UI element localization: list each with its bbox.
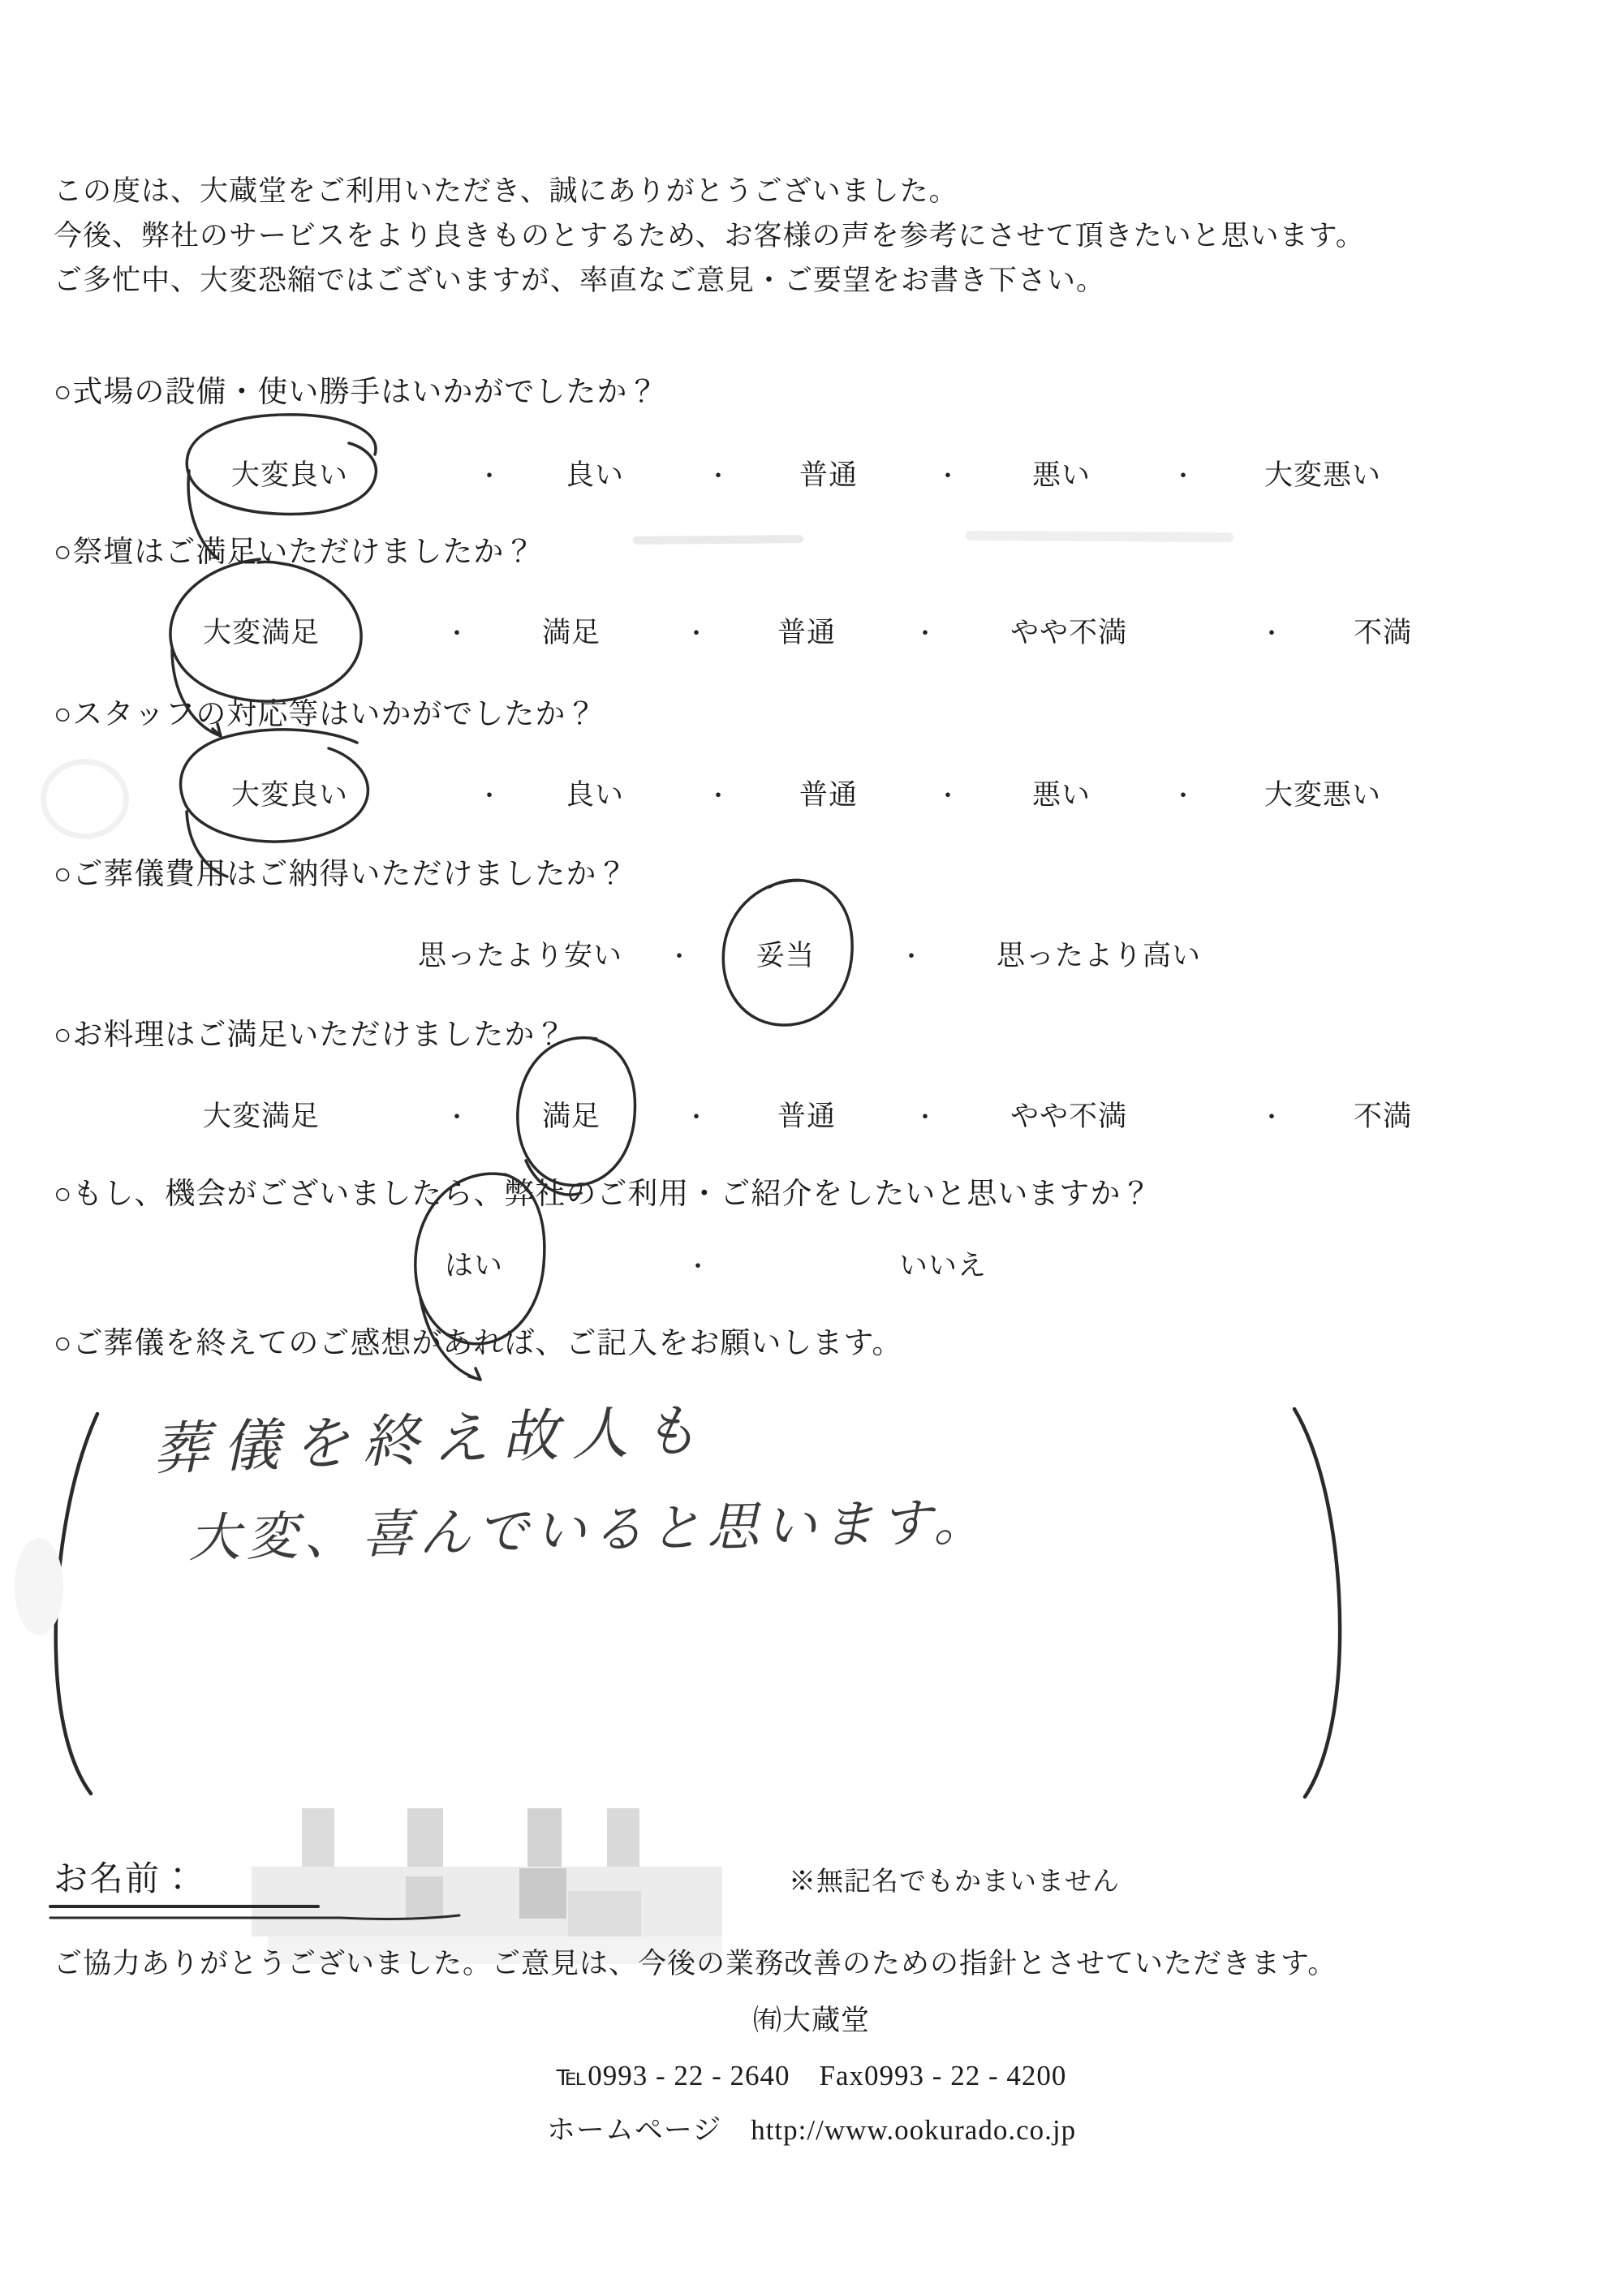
option-separator-dot: ・ (899, 937, 923, 972)
footer-company-name: ㈲大蔵堂 (0, 1998, 1623, 2039)
question-3-label: ○スタッフの対応等はいかがでしたか？ (54, 689, 596, 733)
q3-option-4: 悪い (1032, 773, 1091, 813)
scan-smudge (966, 531, 1233, 542)
footer-homepage-url: ホームページ http://www.ookurado.co.jp (0, 2108, 1623, 2148)
q4-option-3: 思ったより高い (997, 933, 1201, 974)
q1-option-1: 大変良い (231, 453, 348, 493)
question-1-label: ○式場の設備・使い勝手はいかがでしたか？ (54, 367, 658, 411)
name-field-note: ※無記名でもかまいません (789, 1860, 1120, 1898)
q5-option-2: 満足 (542, 1094, 601, 1135)
option-separator-dot: ・ (477, 776, 502, 812)
q3-option-1: 大変良い (231, 773, 348, 813)
option-separator-dot: ・ (686, 1247, 710, 1282)
q6-option-2: いいえ (899, 1243, 987, 1284)
q5-option-4: やや不満 (1010, 1094, 1127, 1135)
handwritten-comment-line-2: 大変、喜んでいると思います。 (187, 1480, 992, 1572)
scan-smudge (633, 535, 803, 545)
q1-option-4: 悪い (1032, 453, 1091, 493)
option-separator-dot: ・ (667, 937, 691, 972)
option-separator-dot: ・ (913, 1097, 937, 1133)
option-separator-dot: ・ (445, 1097, 469, 1133)
q2-option-5: 不満 (1354, 610, 1412, 651)
question-5-label: ○お料理はご満足いただけましたか？ (54, 1010, 566, 1053)
question-5-options: 大変満足 ・ 満足 ・ 普通 ・ やや不満 ・ 不満 (0, 1094, 1623, 1143)
q2-option-4: やや不満 (1010, 610, 1127, 651)
question-4-label: ○ご葬儀費用はご納得いただけましたか？ (54, 849, 627, 893)
question-3-options: 大変良い ・ 良い ・ 普通 ・ 悪い ・ 大変悪い (0, 773, 1623, 821)
option-separator-dot: ・ (913, 614, 937, 649)
intro-line-3: ご多忙中、大変恐縮ではございますが、率直なご意見・ご要望をお書き下さい。 (54, 258, 1105, 299)
q3-option-2: 良い (566, 773, 624, 813)
option-separator-dot: ・ (706, 776, 730, 812)
question-1-options: 大変良い ・ 良い ・ 普通 ・ 悪い ・ 大変悪い (0, 453, 1623, 502)
q1-option-5: 大変悪い (1264, 453, 1381, 493)
q1-option-3: 普通 (799, 453, 858, 493)
option-separator-dot: ・ (936, 776, 960, 812)
q6-option-1: はい (445, 1243, 503, 1284)
scan-smudge (15, 1538, 63, 1635)
q4-option-2: 妥当 (756, 933, 815, 974)
question-6-options: はい ・ いいえ (0, 1243, 1623, 1292)
q1-option-2: 良い (566, 453, 624, 493)
q5-option-5: 不満 (1354, 1094, 1412, 1135)
q2-option-1: 大変満足 (203, 610, 320, 651)
q2-option-3: 普通 (777, 610, 836, 651)
q4-option-1: 思ったより安い (418, 933, 622, 974)
option-separator-dot: ・ (1171, 776, 1195, 812)
question-2-label: ○祭壇はご満足いただけましたか？ (54, 527, 535, 571)
intro-line-1: この度は、大蔵堂をご利用いただき、誠にありがとうございました。 (54, 169, 958, 209)
q5-option-1: 大変満足 (203, 1094, 320, 1135)
option-separator-dot: ・ (445, 614, 469, 649)
q3-option-3: 普通 (799, 773, 858, 813)
question-4-options: 思ったより安い ・ 妥当 ・ 思ったより高い (0, 933, 1623, 982)
survey-form-scan: この度は、大蔵堂をご利用いただき、誠にありがとうございました。 今後、弊社のサー… (0, 0, 1623, 2296)
intro-line-2: 今後、弊社のサービスをより良きものとするため、お客様の声を参考にさせて頂きたいと… (54, 213, 1365, 254)
option-separator-dot: ・ (936, 456, 960, 492)
option-separator-dot: ・ (684, 614, 708, 649)
comment-bracket-left (56, 1414, 97, 1794)
option-separator-dot: ・ (1259, 614, 1284, 649)
question-2-options: 大変満足 ・ 満足 ・ 普通 ・ やや不満 ・ 不満 (0, 610, 1623, 659)
option-separator-dot: ・ (1171, 456, 1195, 492)
q3-option-5: 大変悪い (1264, 773, 1381, 813)
handwritten-comment-line-1: 葬儀を終え故人も (151, 1385, 712, 1486)
option-separator-dot: ・ (477, 456, 502, 492)
question-7-label: ○ご葬儀を終えてのご感想があれば、ご記入をお願いします。 (54, 1318, 902, 1362)
q5-option-3: 普通 (777, 1094, 836, 1135)
option-separator-dot: ・ (684, 1097, 708, 1133)
footer-thanks-line: ご協力ありがとうございました。ご意見は、今後の業務改善のための指針とさせていただ… (54, 1941, 1337, 1982)
option-separator-dot: ・ (706, 456, 730, 492)
q2-option-2: 満足 (542, 610, 601, 651)
footer-tel-fax: ℡0993 - 22 - 2640 Fax0993 - 22 - 4200 (0, 2053, 1623, 2094)
comment-bracket-right (1294, 1409, 1340, 1797)
question-6-label: ○もし、機会がございましたら、弊社のご利用・ご紹介をしたいと思いますか？ (54, 1169, 1152, 1213)
option-separator-dot: ・ (1259, 1097, 1284, 1133)
name-field-label: お名前： (54, 1852, 196, 1901)
